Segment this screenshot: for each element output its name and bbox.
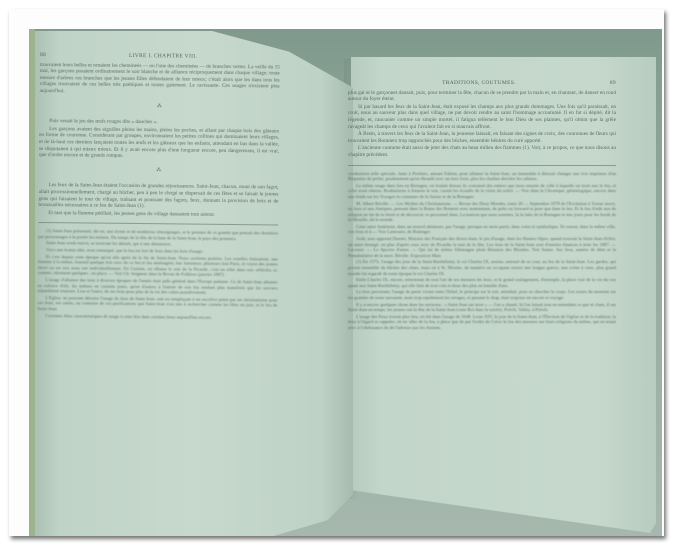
left-footnote: L'Eglise, ne pouvant détruire l'usage de…: [37, 295, 277, 314]
left-running-header: 88 LIVRE I. CHAPITRE VIII.: [40, 52, 280, 61]
left-paragraph: Les feux de la Saint-Jean étaient l'occa…: [38, 182, 278, 211]
right-footnote: La même usage dans lieu en Bretagne, on …: [348, 183, 616, 200]
right-footnote: Enfin Charles IX, encore, entretenait de…: [348, 277, 616, 288]
right-paragraph: L'ancienne coutume était aussi de jeter …: [348, 145, 616, 158]
right-running-header: TRADITIONS, COUTUMES. 89: [348, 80, 616, 87]
left-paragraph: Les garçons avaient des aiguilles pleins…: [39, 126, 279, 161]
right-footnote: La feux pavoisant, l'usage de partir viv…: [348, 289, 616, 300]
right-footnote: L'usage des Feux n'avait plus lieu, en é…: [348, 314, 616, 331]
right-footnote: Il y a encore quelques chose dans les en…: [348, 302, 616, 313]
right-paragraph: plus gai et le garçonnet dansait, puis, …: [348, 90, 616, 103]
book-cover-edge: [29, 29, 35, 536]
right-footnote: M. Albert Réville. — Les Mythes du Chris…: [348, 201, 616, 223]
right-page-number: 89: [610, 80, 616, 87]
right-page-text: TRADITIONS, COUTUMES. 89 plus gai et le …: [348, 80, 616, 332]
right-paragraph: À Brein, à travers les feux de la Saint-…: [348, 131, 616, 144]
right-footnote: Août, tous apprend Dansés. Histoire des …: [348, 236, 616, 258]
right-footnote: Cette autre Jenkinsin, dans un nouvel al…: [348, 224, 616, 235]
left-running-head: LIVRE I. CHAPITRE VIII.: [129, 53, 197, 60]
right-running-head: TRADITIONS, COUTUMES.: [442, 80, 516, 87]
left-footnote: Certaines fêtes caractéristiques de usag…: [37, 313, 277, 321]
footnote-rule: [38, 222, 278, 226]
left-footnote: L'usage d'allumer des feux à diverses ép…: [37, 277, 277, 296]
right-paragraph: Si par hasard les feux de la Saint-Jean,…: [348, 104, 616, 130]
left-footnote: Et c'est depuis cette époque qu'on alla …: [38, 254, 278, 279]
right-footnote: (1) En 1573, l'usage des jeux de la Sain…: [348, 259, 616, 276]
section-separator: ⁂: [39, 167, 279, 176]
right-footnote: combustion telle spéciale, faute à Perth…: [348, 171, 616, 182]
left-page-text: 88 LIVRE I. CHAPITRE VIII. trouvaient le…: [37, 52, 280, 322]
left-page-number: 88: [40, 52, 46, 59]
left-paragraph: trouvaient leurs belles et ornaient les …: [40, 62, 280, 97]
footnote-rule: [348, 165, 616, 166]
left-paragraph: Et tant que la flamme pétillait, les jeu…: [38, 210, 278, 219]
section-separator: ⁂: [39, 103, 279, 112]
